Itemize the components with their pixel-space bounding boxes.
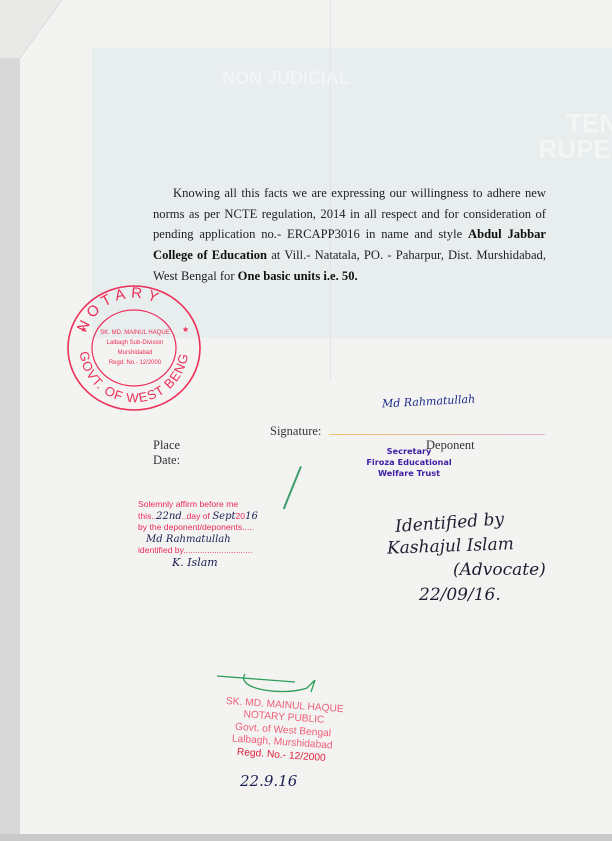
affirm-year: 16 bbox=[245, 511, 258, 522]
affirm-line-1: Solemnly affirm before me bbox=[138, 499, 308, 511]
affirm-month: Sept bbox=[212, 511, 235, 522]
body-paragraph: Knowing all this facts we are expressing… bbox=[153, 183, 546, 287]
notary-handwritten-date: 22.9.16 bbox=[240, 772, 297, 790]
svg-text:NOTARY: NOTARY bbox=[74, 284, 166, 334]
paragraph-segment: One basic units i.e. 50. bbox=[238, 269, 358, 283]
svg-text:SK. MD. MAINUL HAQUE: SK. MD. MAINUL HAQUE bbox=[100, 330, 169, 336]
secretary-stamp: Secretary Firoza Educational Welfare Tru… bbox=[364, 446, 454, 479]
date-label: Date: bbox=[153, 453, 180, 468]
secretary-stamp-line-1: Secretary bbox=[364, 446, 454, 457]
stamp-header-band: NON JUDICIAL bbox=[222, 68, 542, 84]
affirmation-stamp: Solemnly affirm before me this..22nd..da… bbox=[138, 499, 308, 569]
stamp-denomination: TEN RUPEES bbox=[532, 110, 612, 162]
identification-note: Identified by Kashajul Islam (Advocate) … bbox=[395, 508, 595, 608]
svg-text:★: ★ bbox=[182, 325, 189, 334]
notary-public-stamp: SK. MD. MAINUL HAQUE NOTARY PUBLIC Govt.… bbox=[216, 696, 350, 767]
affirm-day: 22nd bbox=[156, 511, 182, 522]
denomination-line-1: TEN bbox=[532, 110, 612, 136]
affirm-deponent-name: Md Rahmatullah bbox=[146, 534, 308, 546]
scanner-edge-left bbox=[0, 58, 20, 841]
signature-label: Signature: bbox=[270, 424, 321, 439]
svg-text:★: ★ bbox=[80, 325, 87, 334]
affirm-line-3: by the deponent/deponents..... bbox=[138, 522, 308, 534]
affirm-day-of: day of bbox=[187, 511, 210, 521]
place-label: Place bbox=[153, 438, 180, 453]
svg-text:Murshidabad: Murshidabad bbox=[118, 350, 153, 356]
notary-round-seal: NOTARY GOVT. OF WEST BENGAL ★ ★ SK. MD. … bbox=[62, 284, 204, 414]
affirm-initials: K. Islam bbox=[172, 557, 308, 569]
scanner-edge-bottom bbox=[0, 834, 612, 841]
affirm-year-prefix: 20 bbox=[236, 511, 246, 521]
ident-title: (Advocate) bbox=[453, 558, 595, 583]
signature-line bbox=[329, 434, 545, 435]
svg-text:Lalbagh Sub-Division: Lalbagh Sub-Division bbox=[107, 340, 164, 346]
affirm-identified-by: identified by...........................… bbox=[138, 545, 308, 557]
affirm-line-2: this..22nd..day of Sept2016 bbox=[138, 511, 308, 523]
affirm-this: this bbox=[138, 511, 151, 521]
secretary-stamp-line-2: Firoza Educational bbox=[364, 457, 454, 468]
ident-date: 22/09/16. bbox=[419, 583, 595, 608]
secretary-stamp-line-3: Welfare Trust bbox=[364, 468, 454, 479]
denomination-line-2: RUPEES bbox=[532, 136, 612, 162]
svg-text:Regd. No.- 12/2000: Regd. No.- 12/2000 bbox=[109, 360, 162, 366]
